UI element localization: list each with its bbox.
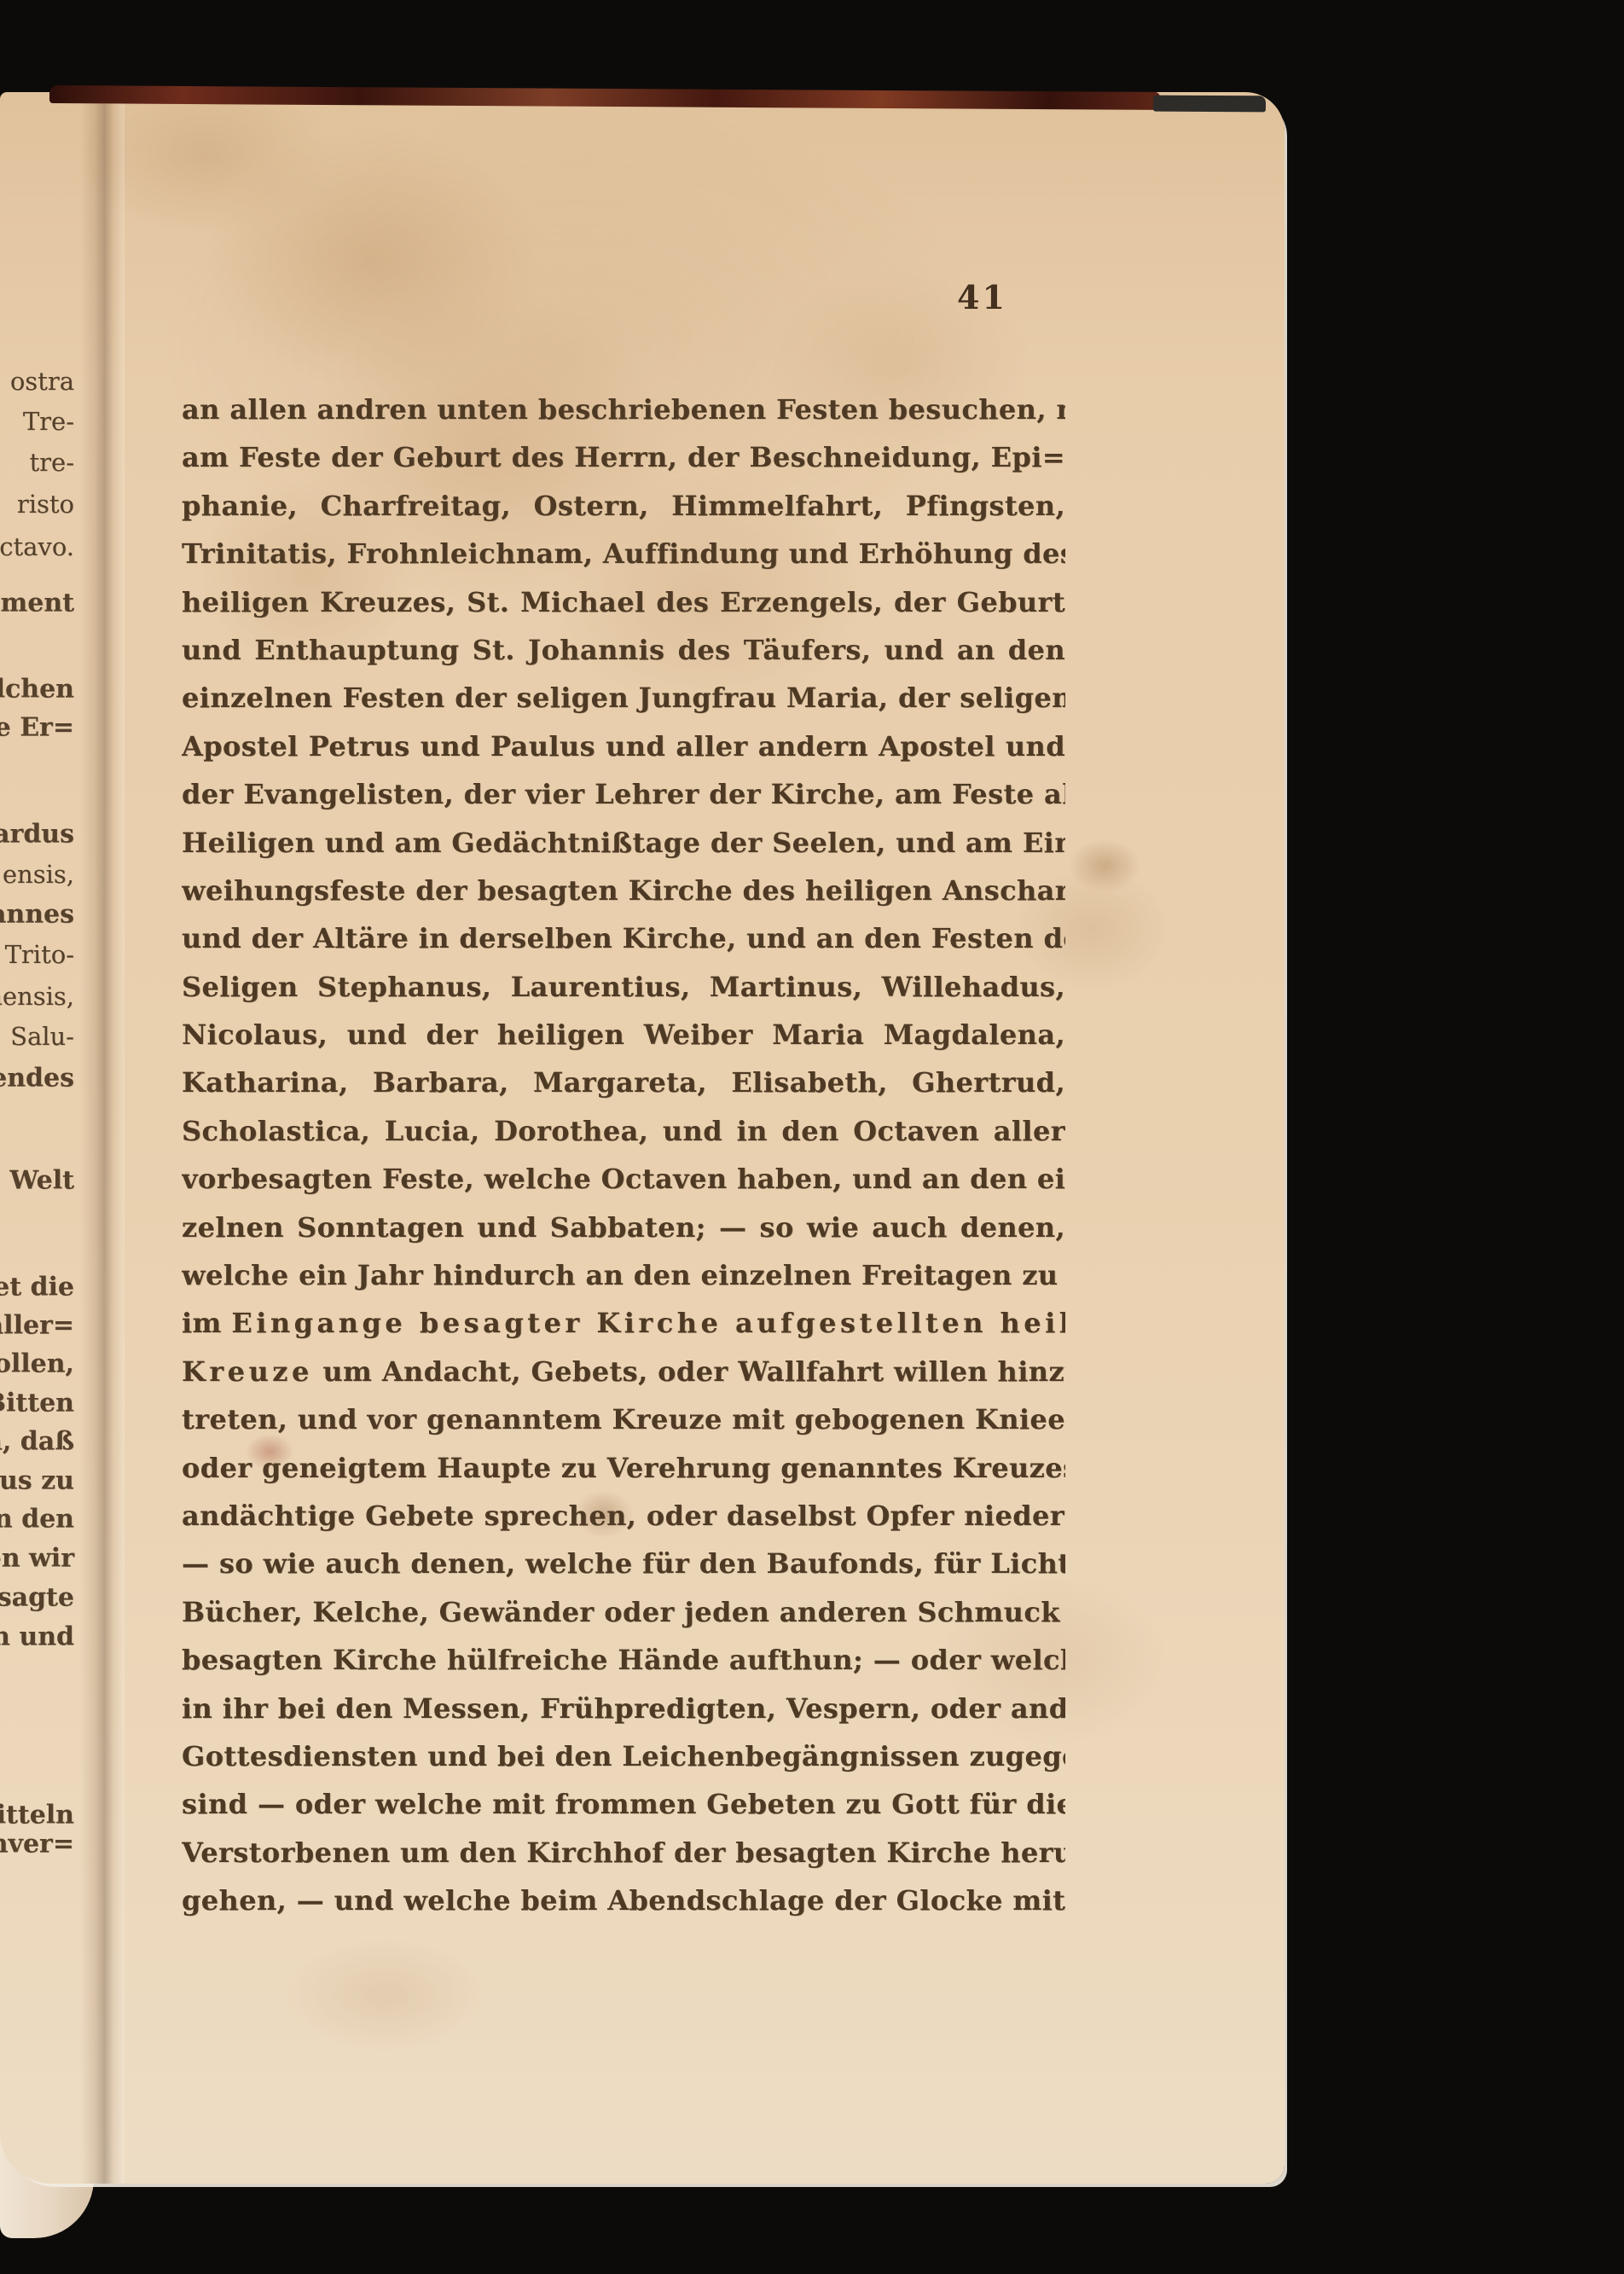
margin-fragment: e Er= (0, 713, 74, 743)
margin-fragment: en wir (0, 1544, 74, 1574)
margin-fragment: risto (17, 490, 74, 519)
margin-fragment: nensis, (0, 982, 74, 1011)
text-line: am Feste der Geburt des Herrn, der Besch… (182, 433, 1065, 481)
text-line: welche ein Jahr hindurch an den einzelne… (182, 1251, 1065, 1299)
text-line: Trinitatis, Frohnleichnam, Auffindung un… (182, 530, 1065, 577)
margin-fragment: Bitten (0, 1389, 74, 1418)
text-line: und Enthauptung St. Johannis des Täufers… (182, 626, 1065, 674)
text-line: oder geneigtem Haupte zu Verehrung genan… (182, 1444, 1065, 1492)
margin-fragment: Salu- (10, 1022, 74, 1051)
text-line: Gottesdiensten und bei den Leichenbegäng… (182, 1732, 1065, 1780)
margin-fragment: ument (0, 589, 74, 618)
text-line: an allen andren unten beschriebenen Fest… (182, 386, 1065, 433)
margin-fragment: ardus (0, 820, 74, 850)
text-line: gehen, — und welche beim Abendschlage de… (182, 1877, 1065, 1924)
margin-fragment: vollen, (0, 1349, 74, 1379)
text-line: einzelnen Festen der seligen Jungfrau Ma… (182, 674, 1065, 722)
margin-fragment: Welt (9, 1166, 74, 1196)
margin-fragment: annes (0, 900, 74, 930)
margin-fragment: mitteln (0, 1801, 74, 1830)
letterspaced-text: Eingange besagter Kirche aufgestellten h… (231, 1307, 1065, 1339)
text-line: Verstorbenen um den Kirchhof der besagte… (182, 1829, 1065, 1877)
text-line: besagten Kirche hülfreiche Hände aufthun… (182, 1636, 1065, 1684)
text-line: Katharina, Barbara, Margareta, Elisabeth… (182, 1059, 1065, 1106)
text-line: Apostel Petrus und Paulus und aller ande… (182, 722, 1065, 770)
margin-fragment: aller= (0, 1311, 74, 1341)
text-line: zelnen Sonntagen und Sabbaten; — so wie … (182, 1204, 1065, 1251)
text-line: — so wie auch denen, welche für den Bauf… (182, 1540, 1065, 1587)
margin-fragment: en und (0, 1622, 74, 1652)
text-line: weihungsfeste der besagten Kirche des he… (182, 867, 1065, 914)
text-line: Bücher, Kelche, Gewänder oder jeden ande… (182, 1588, 1065, 1636)
text-line: Nicolaus, und der heiligen Weiber Maria … (182, 1011, 1065, 1059)
margin-fragment: ostra (10, 367, 74, 396)
margin-fragment: rendes (0, 1064, 74, 1093)
scanned-book-spread: 41 an allen andren unten beschriebenen F… (0, 0, 1624, 2274)
text-line: in ihr bei den Messen, Frühpredigten, Ve… (182, 1685, 1065, 1732)
margin-fragment: n den (0, 1505, 74, 1534)
margin-fragment: ctavo. (0, 532, 74, 561)
facing-page-fragments: ostraTre-tre-ristoctavo.umentelchene Er=… (0, 0, 78, 2274)
margin-fragment: n, daß (0, 1427, 74, 1457)
margin-fragment: Trito- (5, 940, 74, 969)
text-line: Seligen Stephanus, Laurentius, Martinus,… (182, 963, 1065, 1011)
margin-fragment: ensis, (3, 860, 74, 889)
text-line: andächtige Gebete sprechen, oder daselbs… (182, 1492, 1065, 1540)
margin-fragment: elchen (0, 675, 74, 705)
binding-cloth-edge (1153, 96, 1266, 113)
text-line: vorbesagten Feste, welche Octaven haben,… (182, 1155, 1065, 1203)
text-line: treten, und vor genanntem Kreuze mit geb… (182, 1395, 1065, 1443)
page-number: 41 (957, 278, 1007, 316)
text-line: heiligen Kreuzes, St. Michael des Erzeng… (182, 578, 1065, 626)
text-line: im Eingange besagter Kirche aufgestellte… (182, 1299, 1065, 1347)
margin-fragment: unver= (0, 1830, 74, 1859)
text-line: Scholastica, Lucia, Dorothea, und in den… (182, 1107, 1065, 1155)
letterspaced-text: Kreuze (182, 1355, 313, 1388)
text-block: an allen andren unten beschriebenen Fest… (182, 386, 1065, 1925)
text-line: phanie, Charfreitag, Ostern, Himmelfahrt… (182, 482, 1065, 530)
margin-fragment: Tre- (23, 407, 74, 436)
text-line: sind — oder welche mit frommen Gebeten z… (182, 1780, 1065, 1828)
text-line: der Evangelisten, der vier Lehrer der Ki… (182, 770, 1065, 818)
text-line: Kreuze um Andacht, Gebets, oder Wallfahr… (182, 1348, 1065, 1395)
text-line: Heiligen und am Gedächtnißtage der Seele… (182, 819, 1065, 867)
margin-fragment: tet die (0, 1273, 74, 1302)
margin-fragment: us zu (0, 1466, 74, 1496)
margin-fragment: tre- (30, 448, 74, 477)
margin-fragment: besagte (0, 1583, 74, 1613)
text-line: und der Altäre in derselben Kirche, und … (182, 914, 1065, 962)
